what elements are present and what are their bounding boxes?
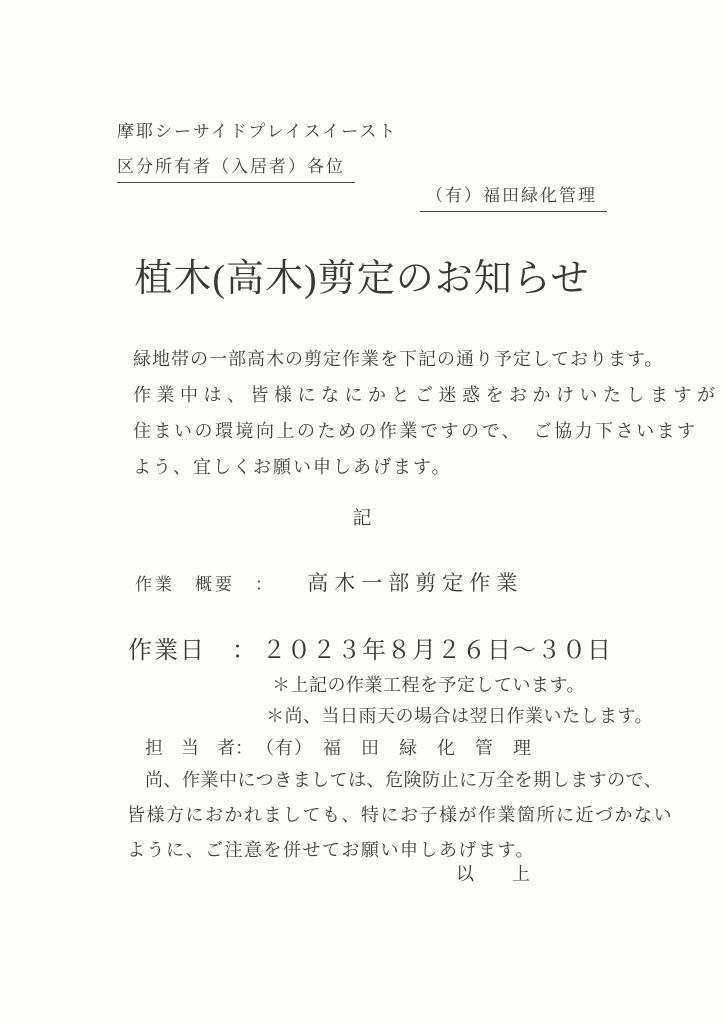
intro-line: 住まいの環境向上のための作業ですので、 ご協力下さいます <box>133 413 627 449</box>
manager-value: （有） 福 田 緑 化 管 理 <box>265 738 532 758</box>
sender-company-name: （有）福田緑化管理 <box>420 181 607 212</box>
addressee-building-name: 摩耶シーサイドプレイスイースト <box>117 117 397 142</box>
closing-marker: 以 上 <box>456 860 540 886</box>
caution-paragraph: 尚、作業中につきましては、危険防止に万全を期しますので、 皆様方におかれましても… <box>127 763 627 868</box>
record-marker: 記 <box>0 503 724 530</box>
caution-line: 尚、作業中につきましては、危険防止に万全を期しますので、 <box>127 763 627 798</box>
intro-line: 作業中は、皆様になにかとご迷惑をおかけいたしますが <box>133 377 627 413</box>
intro-paragraph: 緑地帯の一部高木の剪定作業を下記の通り予定しております。 作業中は、皆様になにか… <box>133 341 627 485</box>
work-overview-line: 作業 概要 ： 高木一部剪定作業 <box>135 567 523 597</box>
caution-line: ように、ご注意を併せてお願い申しあげます。 <box>127 833 627 868</box>
intro-line: よう、宜しくお願い申しあげます。 <box>133 449 627 485</box>
work-date-line: 作業日：２０２３年８月２６日～３０日 <box>128 630 612 665</box>
manager-label: 担 当 者： <box>145 738 253 758</box>
manager-line: 担 当 者：（有） 福 田 緑 化 管 理 <box>145 734 532 760</box>
page-title: 植木(高木)剪定のお知らせ <box>0 247 724 302</box>
caution-line: 皆様方におかれましても、特にお子様が作業箇所に近づかない <box>127 798 627 833</box>
date-note-rain: ＊尚、当日雨天の場合は翌日作業いたします。 <box>266 702 653 728</box>
work-overview-label: 作業 概要 ： <box>135 575 275 594</box>
date-note-schedule: ＊上記の作業工程を予定しています。 <box>272 671 585 697</box>
work-date-value: ２０２３年８月２６日～３０日 <box>262 638 612 664</box>
work-overview-value: 高木一部剪定作業 <box>307 571 523 595</box>
intro-line: 緑地帯の一部高木の剪定作業を下記の通り予定しております。 <box>133 341 627 377</box>
work-date-label: 作業日 <box>128 638 206 664</box>
work-date-separator: ： <box>232 638 256 664</box>
scanned-notice-page: 摩耶シーサイドプレイスイースト 区分所有者（入居者）各位 （有）福田緑化管理 植… <box>0 0 724 1024</box>
addressee-residents: 区分所有者（入居者）各位 <box>117 152 355 183</box>
